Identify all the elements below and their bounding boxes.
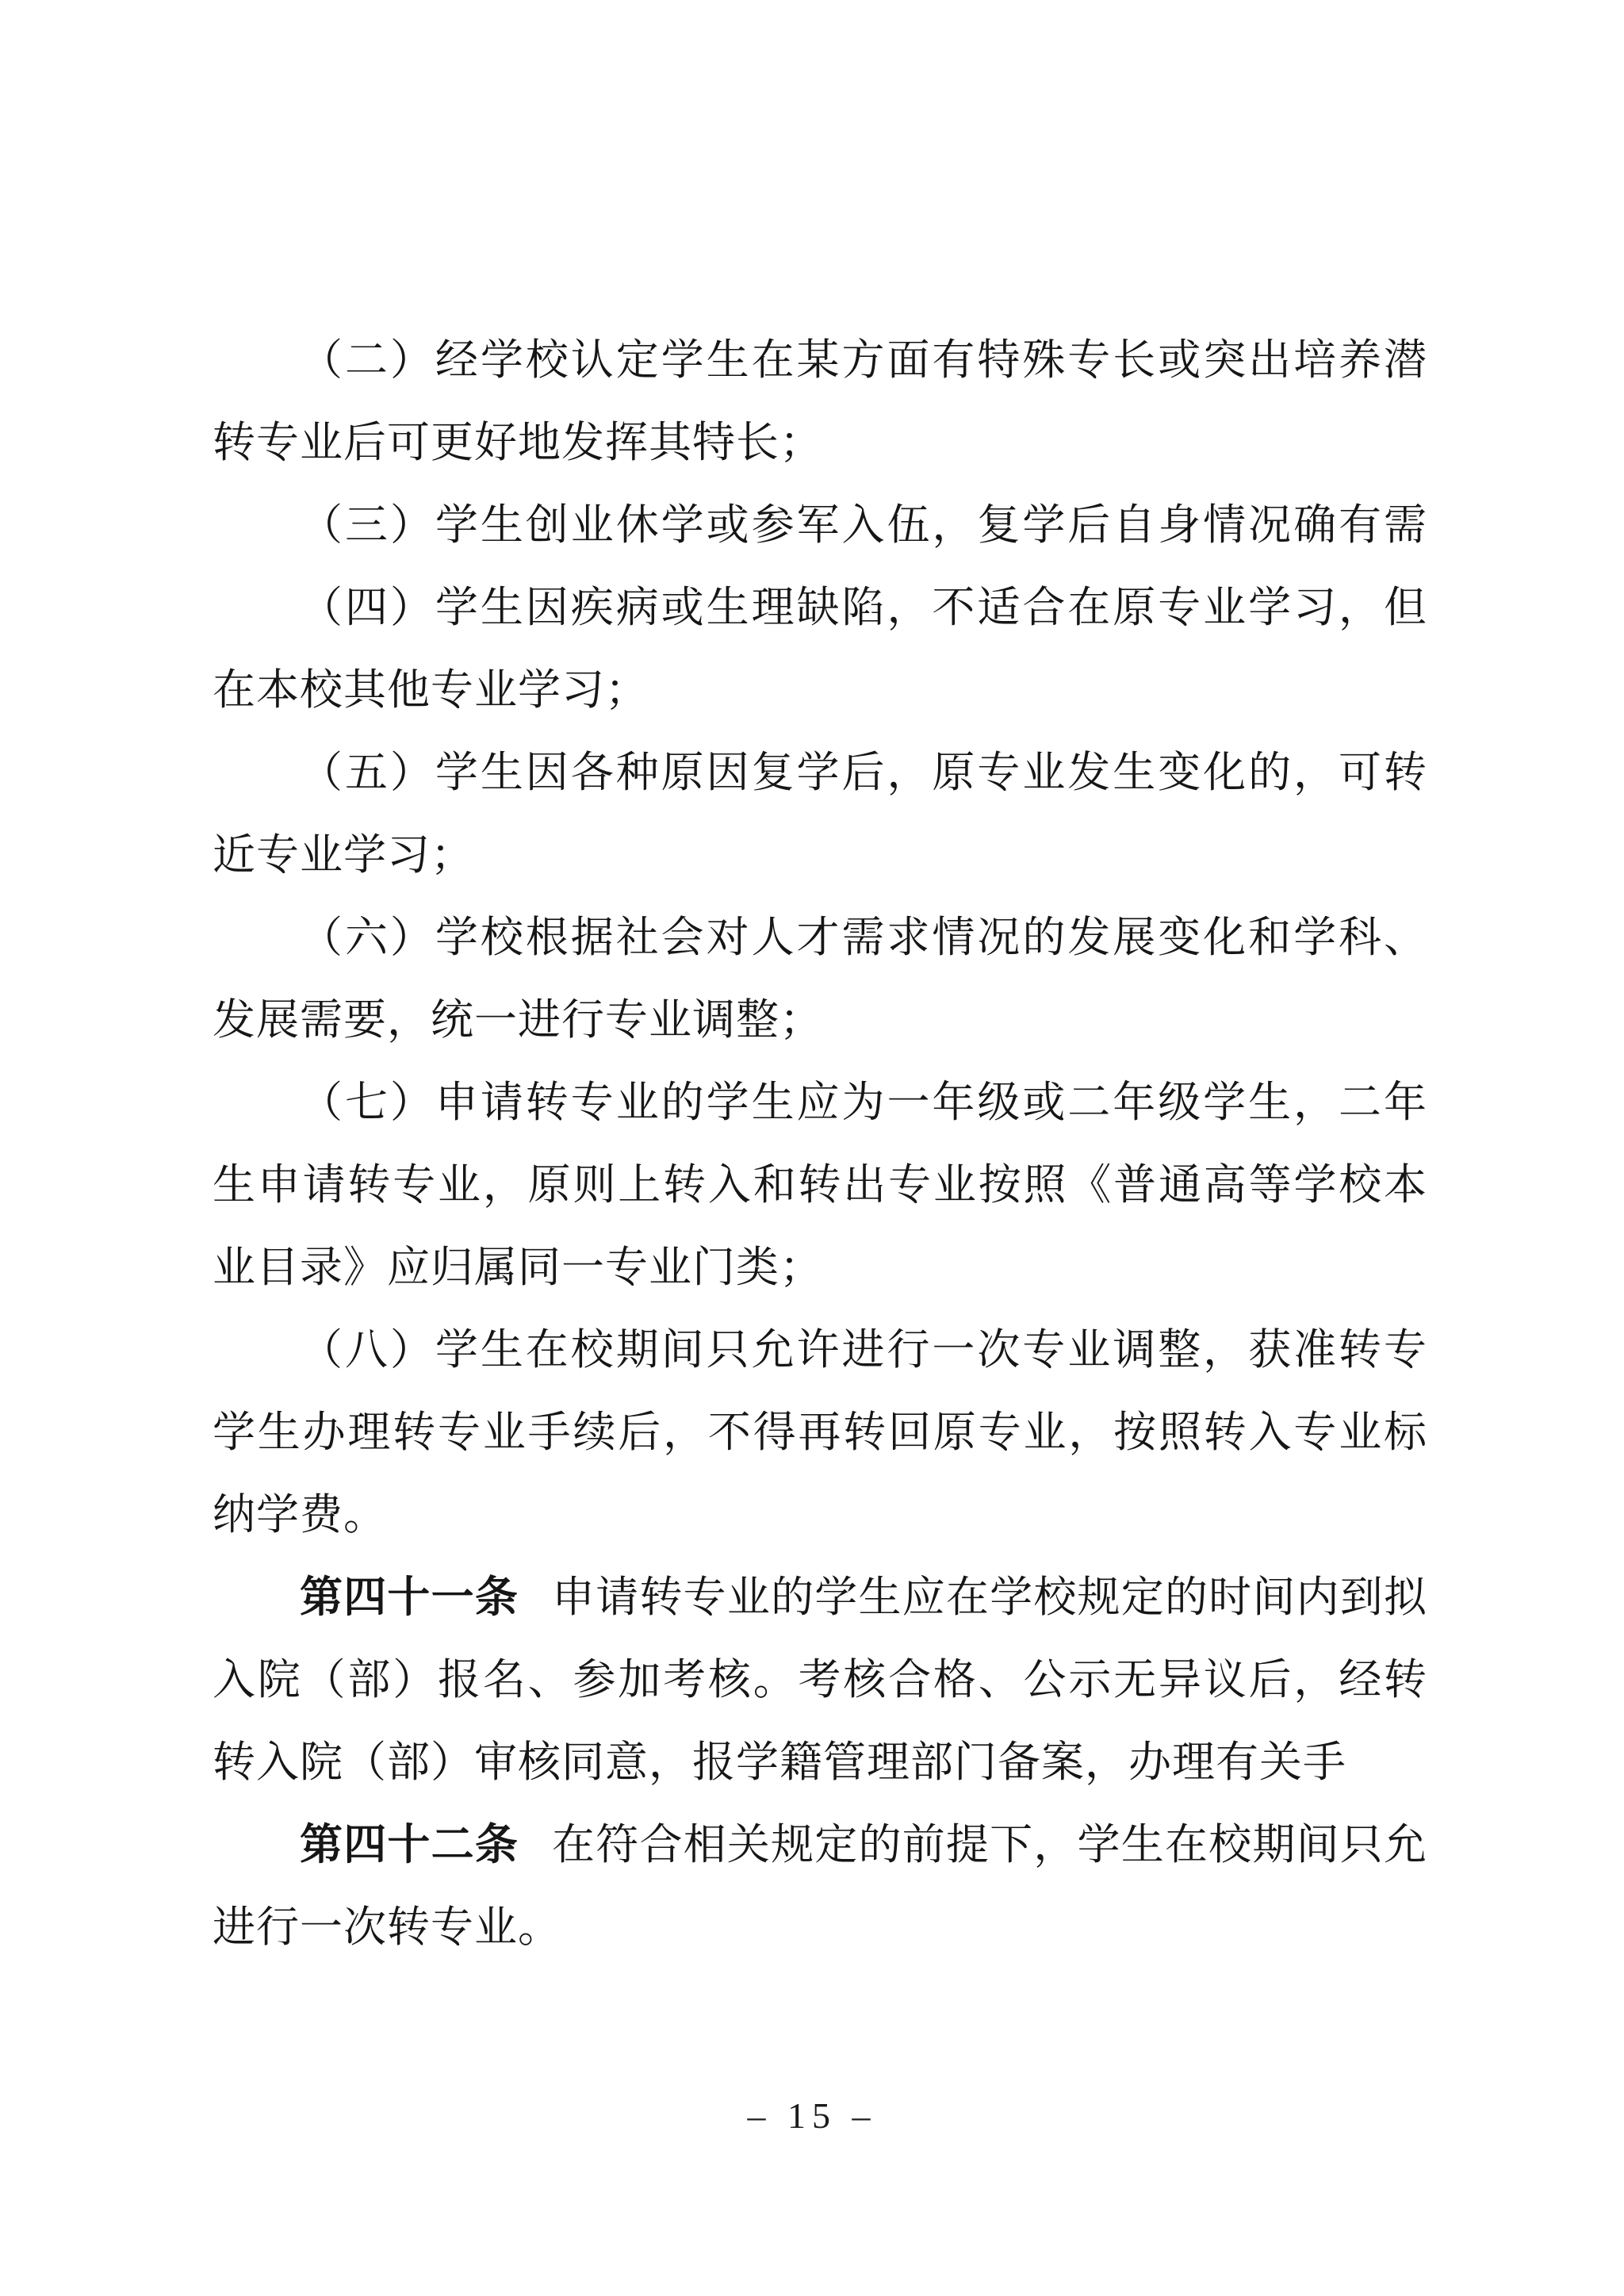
text-line: 生申请转专业，原则上转入和转出专业按照《普通高等学校本科专 [213,1144,1427,1226]
text-line: 近专业学习； [213,814,1427,896]
text-line: 业目录》应归属同一专业门类； [213,1226,1427,1309]
text-line: 转专业后可更好地发挥其特长； [213,401,1427,484]
text-line: 进行一次转专业。 [213,1886,1427,1968]
page-number: – 15 – [0,2092,1624,2140]
text-line: 在本校其他专业学习； [213,649,1427,731]
text-line: （三）学生创业休学或参军入伍，复学后自身情况确有需要； [213,484,1427,566]
text-line: 发展需要，统一进行专业调整； [213,979,1427,1061]
text-line: （八）学生在校期间只允许进行一次专业调整，获准转专业的 [213,1309,1427,1391]
text-line: （五）学生因各种原因复学后，原专业发生变化的，可转入相 [213,731,1427,814]
text-line: 转入院（部）审核同意，报学籍管理部门备案，办理有关手续。 [213,1721,1427,1803]
text-line: 第四十二条在符合相关规定的前提下，学生在校期间只允许 [213,1803,1427,1886]
text-line: （七）申请转专业的学生应为一年级或二年级学生，二年级学 [213,1061,1427,1144]
document-body: （二）经学校认定学生在某方面有特殊专长或突出培养潜质， 转专业后可更好地发挥其特… [213,319,1427,1968]
text-line: 第四十一条申请转专业的学生应在学校规定的时间内到拟转 [213,1556,1427,1639]
text-line: 学生办理转专业手续后，不得再转回原专业，按照转入专业标准交 [213,1391,1427,1474]
text-line: （六）学校根据社会对人才需求情况的发展变化和学科、专业 [213,896,1427,979]
text-line: （四）学生因疾病或生理缺陷，不适合在原专业学习，但可以 [213,566,1427,649]
text-line: （二）经学校认定学生在某方面有特殊专长或突出培养潜质， [213,319,1427,401]
text-line: 纳学费。 [213,1474,1427,1556]
document-page: （二）经学校认定学生在某方面有特殊专长或突出培养潜质， 转专业后可更好地发挥其特… [0,0,1624,2296]
article-42-label: 第四十二条 [300,1821,519,1869]
text-line: 入院（部）报名、参加考核。考核合格、公示无异议后，经转出、 [213,1639,1427,1721]
article-41-label: 第四十一条 [300,1573,519,1621]
